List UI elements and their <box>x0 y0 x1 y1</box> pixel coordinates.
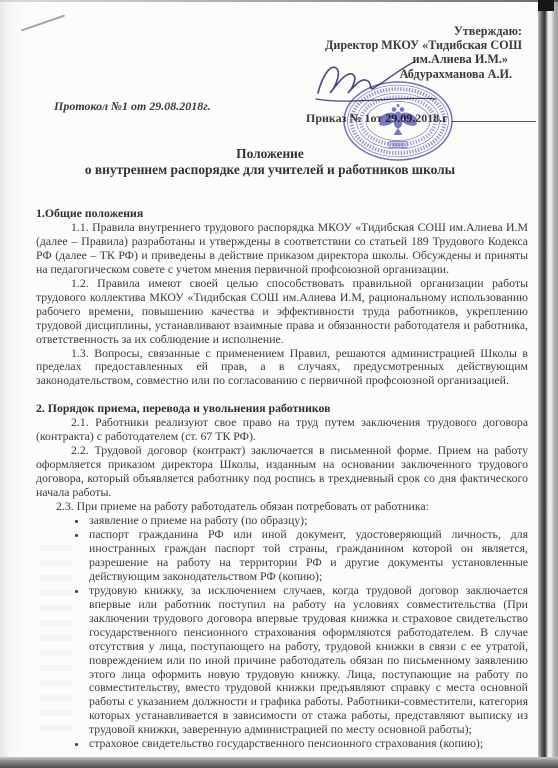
required-documents-list: заявление о приеме на работу (по образцу… <box>36 514 528 751</box>
section-1-heading: 1.Общие положения <box>36 207 528 221</box>
protocol-line: Протокол №1 от 29.08.2018г. <box>54 99 211 114</box>
list-item: заявление о приеме на работу (по образцу… <box>87 514 528 528</box>
approval-label: Утверждаю: <box>200 24 522 38</box>
list-item: паспорт гражданина РФ или иной документ,… <box>87 528 528 584</box>
paragraph-1-3: 1.3. Вопросы, связанные с применением Пр… <box>36 347 528 389</box>
paragraph-1-1: 1.1. Правила внутреннего трудового распо… <box>36 221 528 277</box>
document-title: Положение о внутреннем распорядке для уч… <box>0 146 540 177</box>
scan-right-edge <box>538 0 558 768</box>
paragraph-2-3: 2.3. При приеме на работу работодатель о… <box>36 500 528 514</box>
paragraph-1-2: 1.2. Правила имеют своей целью способств… <box>36 277 528 347</box>
scan-corner-shadow <box>538 0 554 11</box>
section-2-heading: 2. Порядок приема, перевода и увольнения… <box>36 402 528 416</box>
paragraph-2-2: 2.2. Трудовой договор (контракт) заключа… <box>36 444 528 500</box>
title-line2: о внутреннем распорядке для учителей и р… <box>0 162 540 178</box>
scan-top-edge <box>0 0 558 2</box>
list-item: трудовую книжку, за исключением случаев,… <box>87 584 528 737</box>
list-item: страховое свидетельство государственного… <box>87 737 528 751</box>
title-line1: Положение <box>0 146 540 162</box>
double-eagle-emblem <box>378 104 419 147</box>
document-body: 1.Общие положения 1.1. Правила внутренне… <box>36 207 528 751</box>
director-title-line: Директор МКОУ «Тидибская СОШ <box>200 38 522 52</box>
scan-bottom-edge <box>0 757 558 768</box>
round-seal-stamp <box>341 79 455 163</box>
scanned-document-page: Утверждаю: Директор МКОУ «Тидибская СОШ … <box>0 0 558 768</box>
paragraph-2-1: 2.1. Работники реализуют свое право на т… <box>36 416 528 444</box>
order-signature-line <box>452 110 536 122</box>
